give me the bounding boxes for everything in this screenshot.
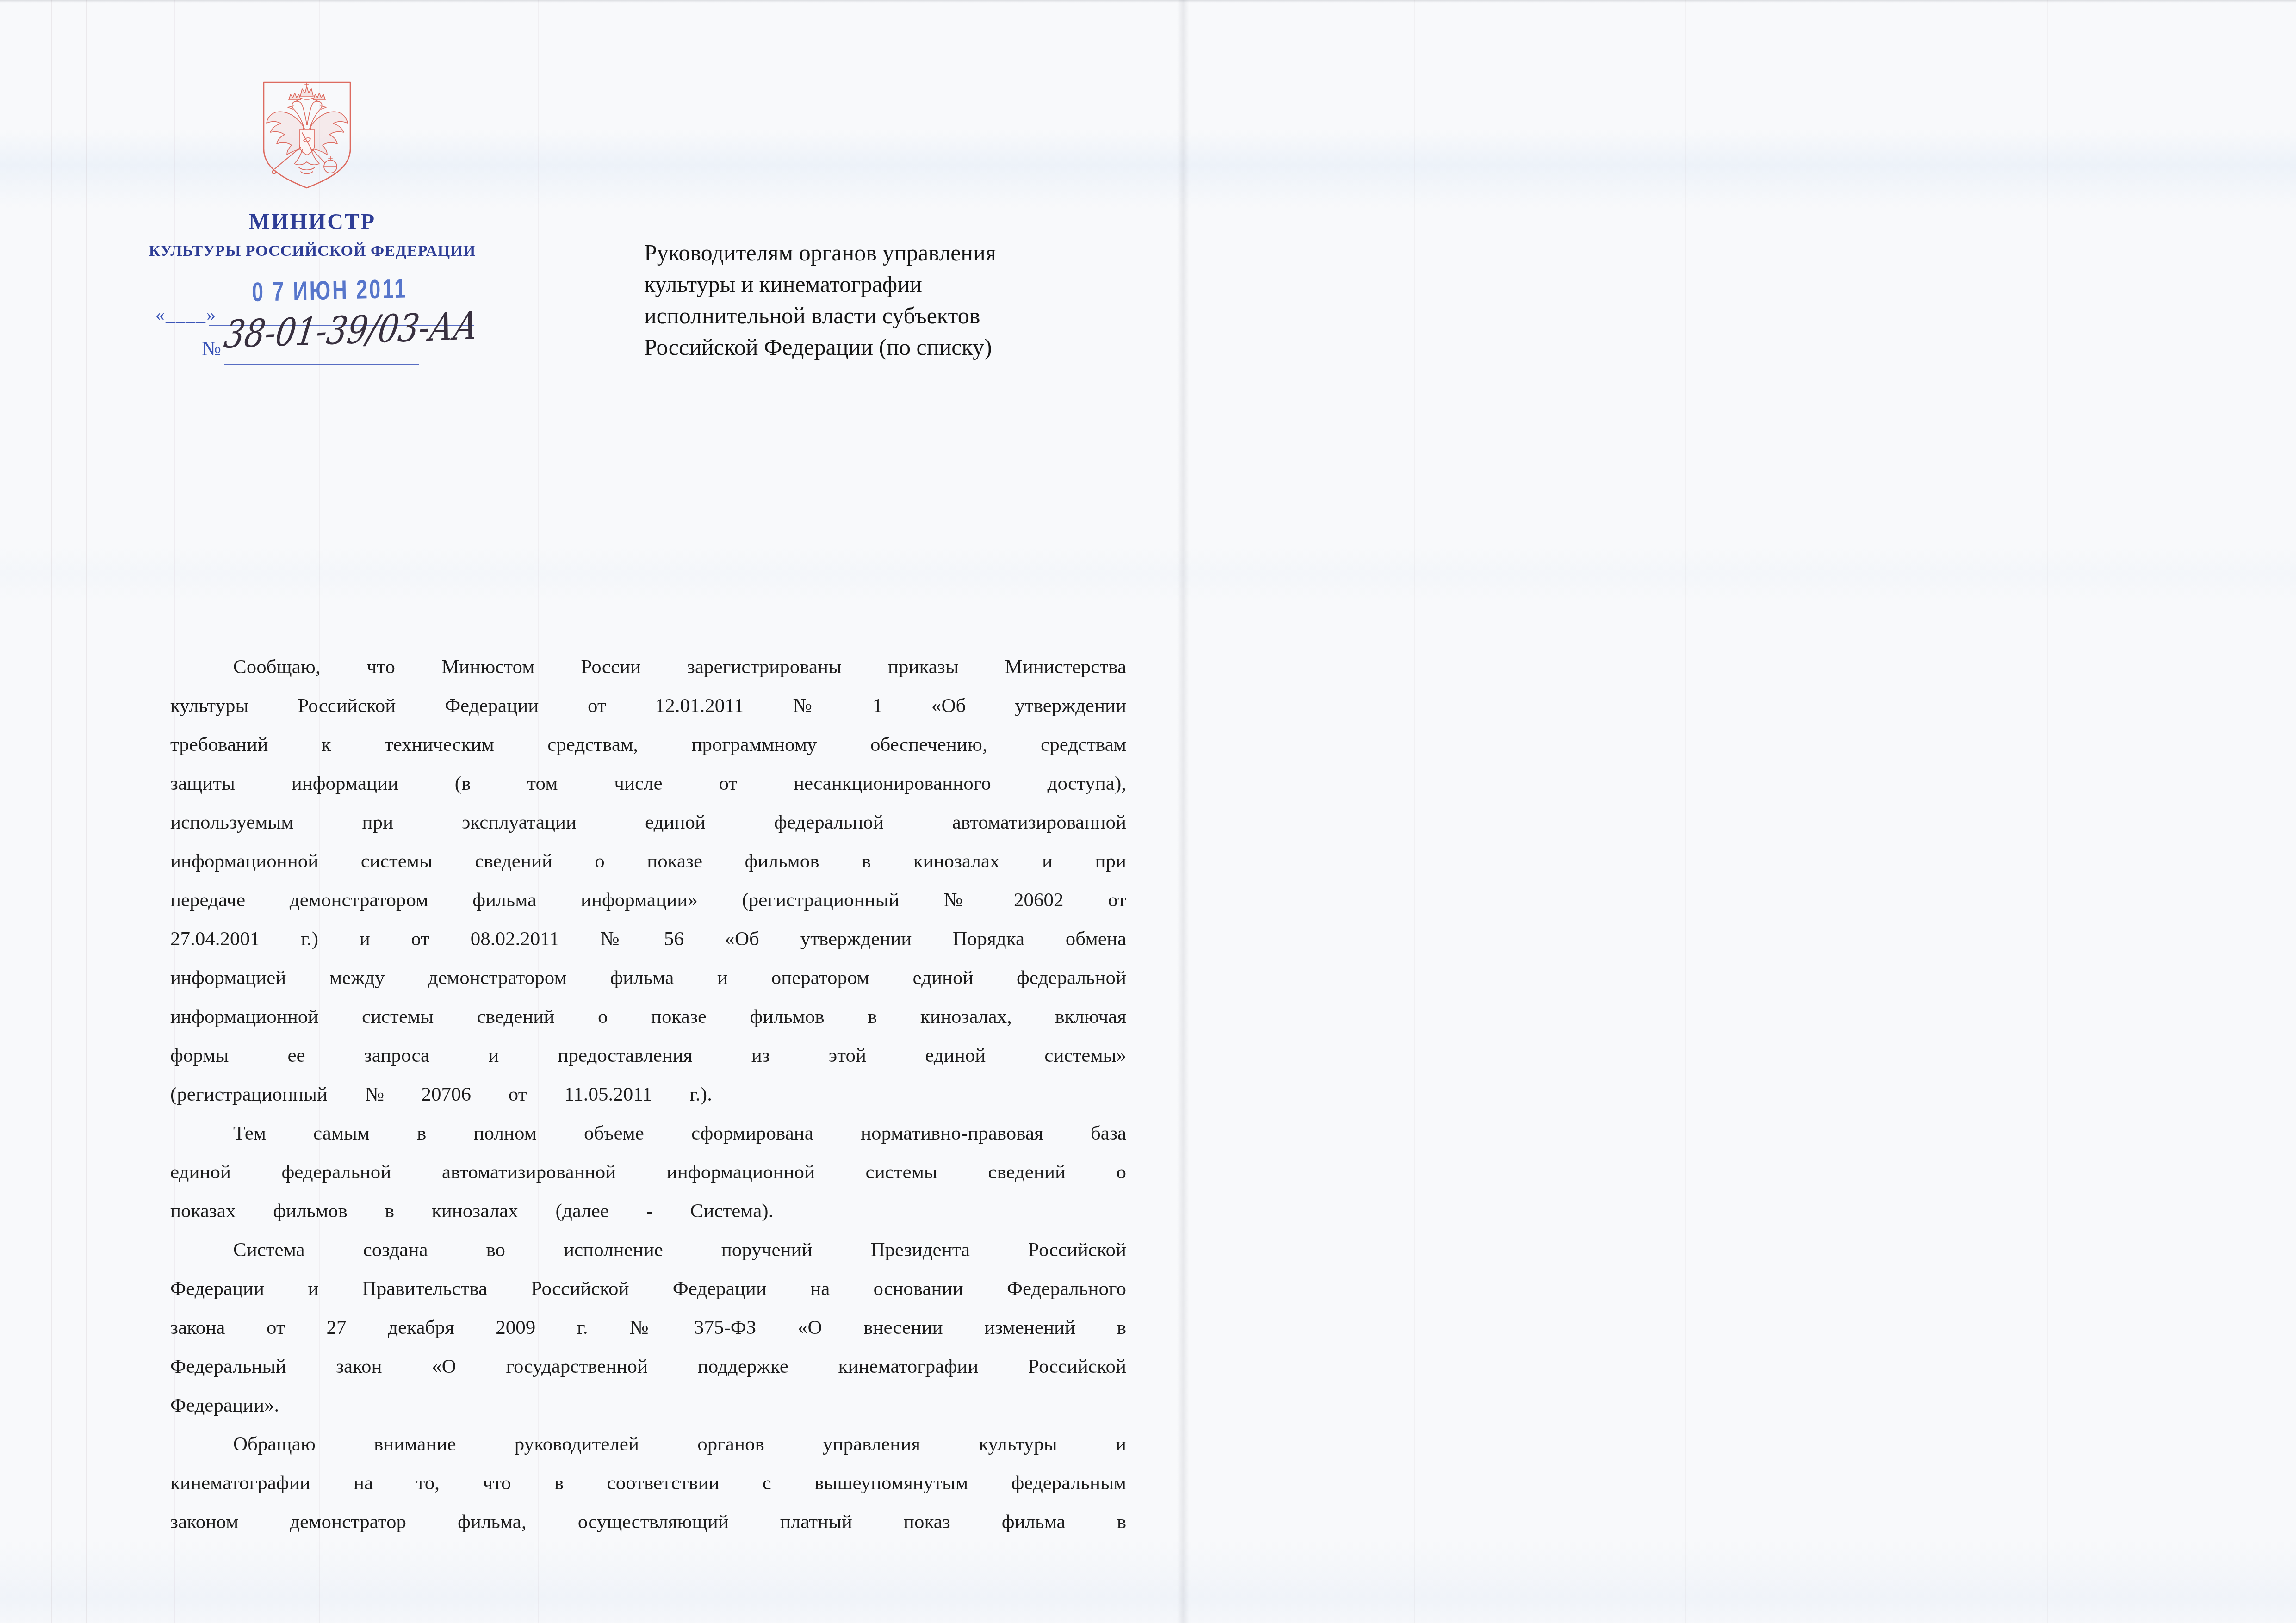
letter-page-2: 2 кинозале, обязан передавать в Систему … xyxy=(1182,0,2296,1623)
addressee-line: Российской Федерации (по списку) xyxy=(644,331,1135,363)
addressee-line: культуры и кинематографии xyxy=(644,268,1135,300)
ministry-subtitle: КУЛЬТУРЫ РОССИЙСКОЙ ФЕДЕРАЦИИ xyxy=(81,242,544,260)
date-stamp: 0 7 ИЮН 2011 xyxy=(252,273,408,308)
paragraph: Обращаю внимание руководителей органов у… xyxy=(170,1425,1126,1542)
scanned-letter: МИНИСТР КУЛЬТУРЫ РОССИЙСКОЙ ФЕДЕРАЦИИ «_… xyxy=(0,0,2296,1623)
addressee-line: Руководителям органов управления xyxy=(644,237,1135,268)
ministry-title: МИНИСТР xyxy=(81,209,544,235)
paragraph: Сообщаю, что Минюстом России зарегистрир… xyxy=(170,648,1126,1114)
date-blank-quotes: «____» xyxy=(155,304,217,325)
number-underline xyxy=(224,364,419,365)
addressee-line: исполнительной власти субъектов xyxy=(644,300,1135,331)
letter-page-1: МИНИСТР КУЛЬТУРЫ РОССИЙСКОЙ ФЕДЕРАЦИИ «_… xyxy=(0,0,1182,1623)
russian-coat-of-arms-emblem xyxy=(260,80,354,191)
handwritten-number: 38-01-39/03-АА xyxy=(222,304,481,357)
number-label: № xyxy=(202,337,221,360)
paragraph: Тем самым в полном объеме сформирована н… xyxy=(170,1114,1126,1231)
addressee-block: Руководителям органов управления культур… xyxy=(644,237,1135,363)
page1-body: Сообщаю, что Минюстом России зарегистрир… xyxy=(170,648,1126,1542)
paragraph: Система создана во исполнение поручений … xyxy=(170,1231,1126,1425)
